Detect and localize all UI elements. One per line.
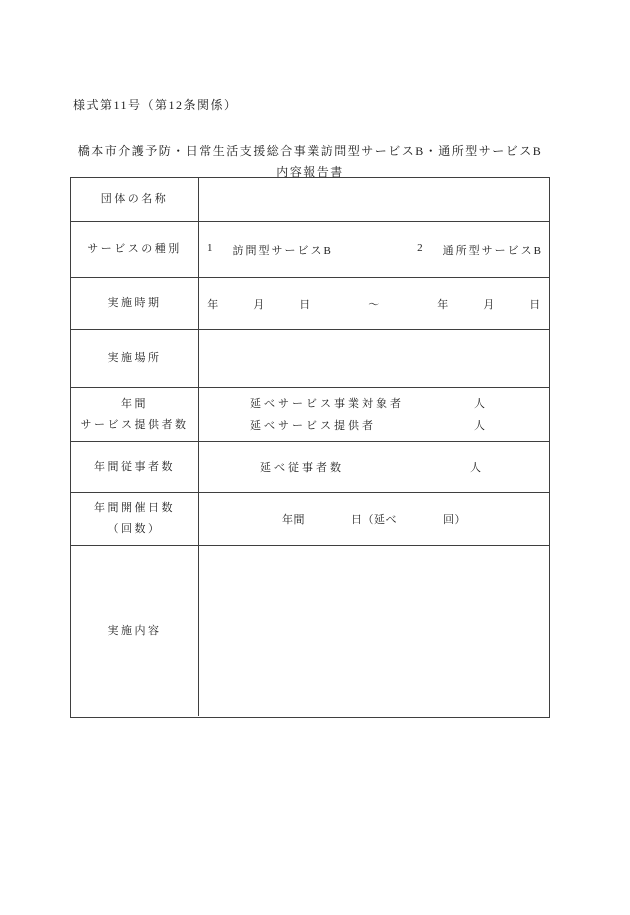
row-organization-name: 団体の名称 <box>71 178 549 221</box>
report-table: 団体の名称 サービスの種別 1 訪問型サービスB 2 通所型サービスB <box>70 177 550 718</box>
row-annual-service-providers: 年間 サービス提供者数 延べサービス事業対象者 人 延べサービス提供者 人 <box>71 387 549 441</box>
annual-service-providers-label-line1: 年間 <box>121 394 148 415</box>
implementation-content-label: 実施内容 <box>71 546 199 716</box>
annual-workers-label: 年間従事者数 <box>71 442 199 492</box>
service-type-option-1: 1 訪問型サービスB <box>207 242 333 258</box>
row-annual-workers: 年間従事者数 延べ従事者数 人 <box>71 441 549 492</box>
service-type-value-cell: 1 訪問型サービスB 2 通所型サービスB <box>199 222 549 277</box>
annual-open-days-value-cell: 年間 日（延べ 回） <box>199 493 549 545</box>
total-workers-unit: 人 <box>470 459 481 475</box>
organization-name-label: 団体の名称 <box>71 178 199 221</box>
total-workers-label: 延べ従事者数 <box>260 459 344 475</box>
annual-service-providers-label-line2: サービス提供者数 <box>81 415 189 436</box>
service-type-option-1-number: 1 <box>207 242 213 258</box>
annual-open-days-label-line1: 年間開催日数 <box>94 498 175 519</box>
service-type-option-2-number: 2 <box>417 242 423 258</box>
organization-name-value-cell <box>199 178 549 221</box>
row-implementation-period: 実施時期 年 月 日 ～ 年 月 日 <box>71 277 549 329</box>
service-providers-label: 延べサービス提供者 <box>250 415 376 437</box>
service-type-option-2-label: 通所型サービスB <box>443 242 543 258</box>
row-implementation-content: 実施内容 <box>71 545 549 716</box>
row-annual-open-days: 年間開催日数 （回数） 年間 日（延べ 回） <box>71 492 549 545</box>
document-page: 様式第11号（第12条関係） 橋本市介護予防・日常生活支援総合事業訪問型サービス… <box>0 0 630 915</box>
annual-open-days-label: 年間開催日数 （回数） <box>71 493 199 545</box>
implementation-period-value-cell: 年 月 日 ～ 年 月 日 <box>199 278 549 329</box>
annual-workers-value-cell: 延べ従事者数 人 <box>199 442 549 492</box>
service-type-options: 1 訪問型サービスB 2 通所型サービスB <box>199 242 549 258</box>
implementation-content-value-cell <box>199 546 549 716</box>
annual-open-days-label-line2: （回数） <box>108 519 162 540</box>
service-recipients-unit: 人 <box>474 393 485 415</box>
document-title-line1: 橋本市介護予防・日常生活支援総合事業訪問型サービスB・通所型サービスB <box>60 141 560 162</box>
annual-open-days-value: 年間 日（延べ 回） <box>199 511 549 527</box>
annual-service-providers-value-cell: 延べサービス事業対象者 人 延べサービス提供者 人 <box>199 388 549 441</box>
row-service-type: サービスの種別 1 訪問型サービスB 2 通所型サービスB <box>71 221 549 277</box>
annual-service-providers-label: 年間 サービス提供者数 <box>71 388 199 441</box>
implementation-location-label: 実施場所 <box>71 330 199 387</box>
service-providers-unit: 人 <box>474 415 485 437</box>
form-number: 様式第11号（第12条関係） <box>73 96 238 113</box>
service-providers-line: 延べサービス提供者 人 <box>199 415 549 437</box>
service-type-label: サービスの種別 <box>71 222 199 277</box>
row-implementation-location: 実施場所 <box>71 329 549 387</box>
implementation-period-label: 実施時期 <box>71 278 199 329</box>
implementation-period-value: 年 月 日 ～ 年 月 日 <box>199 296 549 312</box>
implementation-location-value-cell <box>199 330 549 387</box>
service-recipients-label: 延べサービス事業対象者 <box>250 393 404 415</box>
service-type-option-1-label: 訪問型サービスB <box>233 242 333 258</box>
total-workers-line: 延べ従事者数 人 <box>199 459 549 475</box>
service-recipients-line: 延べサービス事業対象者 人 <box>199 393 549 415</box>
service-type-option-2: 2 通所型サービスB <box>417 242 543 258</box>
